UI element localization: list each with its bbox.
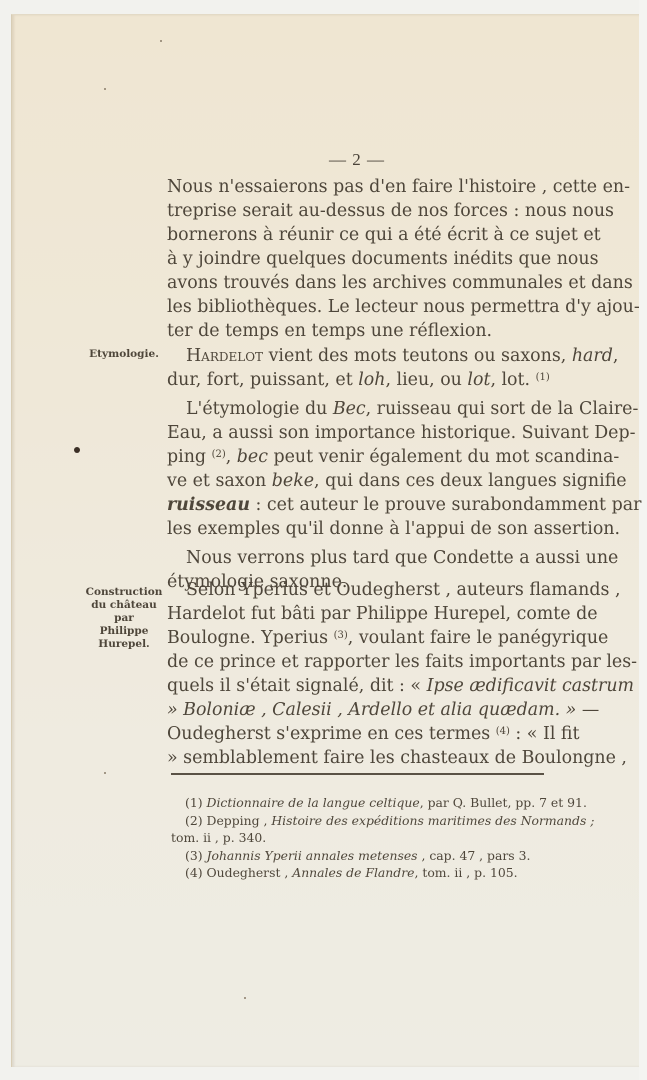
body-line: Nous n'essaierons pas d'en faire l'histo… <box>167 175 544 199</box>
margin-note-etymology: Etymologie. <box>86 348 162 361</box>
body-line-bec-3: ping (2), bec peut venir également du mo… <box>167 445 544 469</box>
body-line: Hardelot fut bâti par Philippe Hurepel, … <box>167 602 544 626</box>
footnote-2-continuation: tom. ii , p. 340. <box>171 829 266 846</box>
body-line: Nous verrons plus tard que Condette a au… <box>186 546 544 570</box>
body-line-construction-6: » Boloniæ , Calesii , Ardello et alia qu… <box>167 698 544 722</box>
body-line: les exemples qu'il donne à l'appui de so… <box>167 517 544 541</box>
body-line-hardelot-2: dur, fort, puissant, et loh, lieu, ou lo… <box>167 368 544 392</box>
body-line: Eau, a aussi son importance historique. … <box>167 421 544 445</box>
hardelot-small-caps: Hardelot <box>186 346 263 366</box>
body-line: à y joindre quelques documents inédits q… <box>167 247 544 271</box>
page-number: — 2 — <box>329 150 385 170</box>
footnote-ref: (1) <box>536 372 550 383</box>
footnote-2: (2) Depping , Histoire des expéditions m… <box>185 812 594 829</box>
body-line: Selon Yperius et Oudegherst , auteurs fl… <box>186 578 544 602</box>
page-edge <box>639 0 647 1080</box>
paper-speck <box>244 997 246 999</box>
ink-spot-mark <box>74 447 80 453</box>
footnote-1: (1) Dictionnaire de la langue celtique, … <box>185 794 587 811</box>
footnote-ref: (2) <box>212 449 226 460</box>
body-line-hardelot: Hardelot vient des mots teutons ou saxon… <box>186 344 544 368</box>
body-line: » semblablement faire les chasteaux de B… <box>167 746 544 770</box>
body-line-bec: L'étymologie du Bec, ruisseau qui sort d… <box>186 397 544 421</box>
body-line-bec-4: ve et saxon beke, qui dans ces deux lang… <box>167 469 544 493</box>
body-line: bornerons à réunir ce qui a été écrit à … <box>167 223 544 247</box>
body-line-construction-7: Oudegherst s'exprime en ces termes (4) :… <box>167 722 544 746</box>
paper-speck <box>104 772 106 774</box>
body-line-construction-5: quels il s'était signalé, dit : « Ipse æ… <box>167 674 544 698</box>
body-line: de ce prince et rapporter les faits impo… <box>167 650 544 674</box>
footnote-4: (4) Oudegherst , Annales de Flandre, tom… <box>185 864 518 881</box>
body-line-bec-5: ruisseau : cet auteur le prouve surabond… <box>167 493 544 517</box>
body-line: avons trouvés dans les archives communal… <box>167 271 544 295</box>
footnote-ref: (3) <box>334 630 348 641</box>
paper-speck <box>160 40 162 42</box>
body-line: les bibliothèques. Le lecteur nous perme… <box>167 295 544 319</box>
footnote-ref: (4) <box>496 726 510 737</box>
latin-quote: Ipse ædificavit castrum <box>427 676 634 696</box>
paper-speck <box>104 88 106 90</box>
footnote-3: (3) Johannis Yperii annales metenses , c… <box>185 847 530 864</box>
body-line-construction-3: Boulogne. Yperius (3), voulant faire le … <box>167 626 544 650</box>
footnote-separator-rule <box>171 773 544 775</box>
margin-note-construction: Construction du château par Philippe Hur… <box>84 586 164 651</box>
body-line: ter de temps en temps une réflexion. <box>167 319 544 343</box>
latin-quote: » Boloniæ , Calesii , Ardello et alia qu… <box>167 700 576 720</box>
body-line: treprise serait au-dessus de nos forces … <box>167 199 544 223</box>
